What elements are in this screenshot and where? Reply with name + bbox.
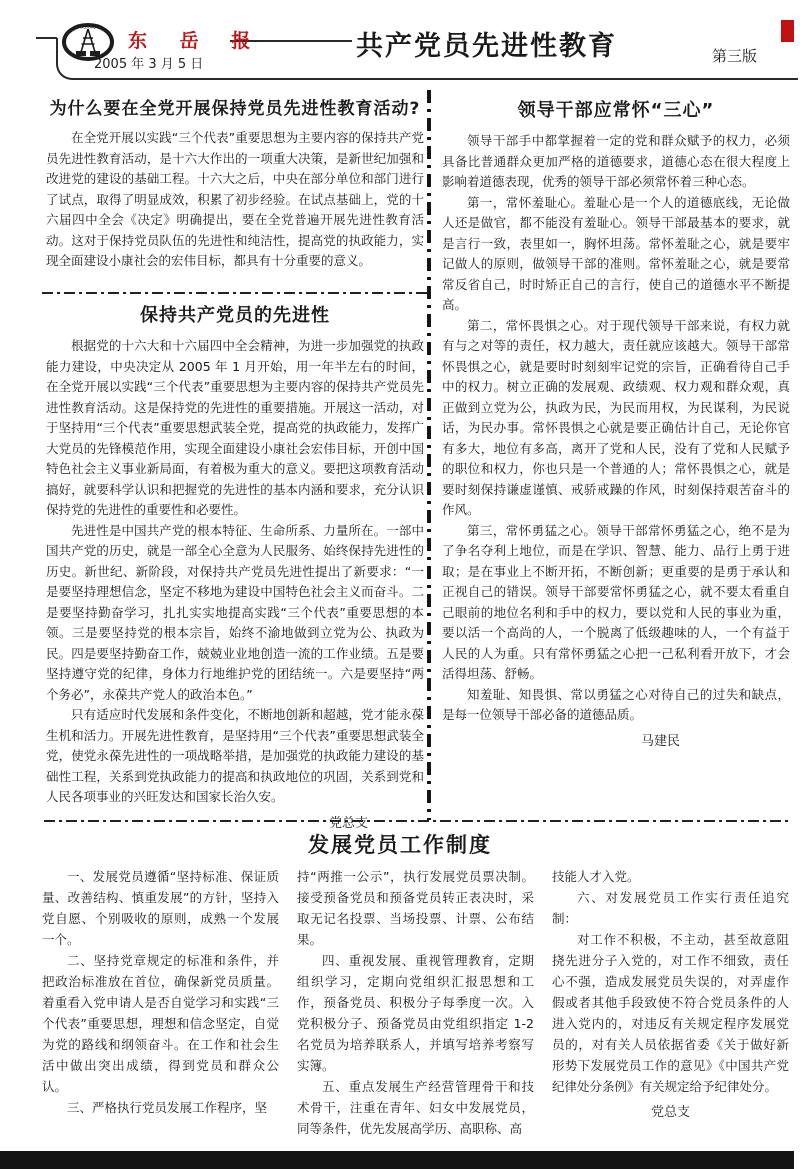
article-three-hearts-signature: 马建民: [442, 730, 790, 749]
red-corner-mark: [781, 20, 794, 42]
header-rule-stub: [36, 37, 57, 39]
article-keep-paragraph: 根据党的十六大和十六届四中全会精神，为进一步加强党的执政能力建设，中央决定从 2…: [46, 336, 424, 521]
development-paragraph: 六、对发展党员工作实行责任追究制：: [552, 887, 789, 929]
article-keep-paragraph: 先进性是中国共产党的根本特征、生命所系、力量所在。一部中国共产党的历史，就是一部…: [46, 521, 424, 706]
article-why-paragraph: 在全党开展以实践“三个代表”重要思想为主要内容的保持共产党员先进性教育活动，是十…: [46, 128, 424, 272]
page-bottom-edge-bar: [0, 1151, 794, 1169]
article-keep-signature: 党总支: [46, 812, 424, 831]
svg-text:GUANG: GUANG: [80, 25, 97, 31]
article-keep-title: 保持共产党员的先进性: [46, 301, 424, 327]
article-why: 为什么要在全党开展保持党员先进性教育活动? 在全党开展以实践“三个代表”重要思想…: [46, 94, 424, 272]
development-paragraph: 技能人才入党。: [552, 866, 789, 887]
development-paragraph: 持“两推一公示”，执行发展党员票决制。接受预备党员和预备党员转正表决时，采取无记…: [297, 866, 534, 950]
masthead: GUANG 东 岳 报 2005 年 3 月 5 日 共产党员先进性教育 第三版: [0, 0, 800, 88]
development-paragraph: 二、坚持党章规定的标准和条件，并把政治标准放在首位，确保新党员质量。着重看入党申…: [42, 950, 279, 1097]
article-keep: 保持共产党员的先进性 根据党的十六大和十六届四中全会精神，为进一步加强党的执政能…: [46, 301, 424, 831]
article-development-columns: 一、发展党员遵循“坚持标准、保证质量、改善结构、慎重发展”的方针，坚持入党自愿、…: [42, 866, 790, 1139]
article-three-hearts-title: 领导干部应常怀“三心”: [442, 96, 790, 122]
article-divider-left: [42, 292, 428, 294]
paper-name: 东 岳 报: [128, 26, 263, 53]
development-column-2: 持“两推一公示”，执行发展党员票决制。接受预备党员和预备党员转正表决时，采取无记…: [297, 866, 534, 1139]
article-three-hearts-paragraph: 第三，常怀勇猛之心。领导干部常怀勇猛之心，绝不是为了争名夺利上地位，而是在学识、…: [442, 521, 790, 685]
newspaper-page: GUANG 东 岳 报 2005 年 3 月 5 日 共产党员先进性教育 第三版…: [0, 0, 800, 1169]
article-three-hearts-paragraph: 第二，常怀畏惧之心。对于现代领导干部来说，有权力就有与之对等的责任，权力越大，责…: [442, 316, 790, 521]
article-development-title: 发展党员工作制度: [0, 829, 800, 859]
article-keep-paragraph: 只有适应时代发展和条件变化，不断地创新和超越，党才能永葆生机和活力。开展先进性教…: [46, 705, 424, 808]
article-three-hearts-paragraph: 第一，常怀羞耻心。羞耻心是一个人的道德底线，无论做人还是做官，都不能没有羞耻心。…: [442, 193, 790, 316]
development-paragraph: 四、重视发展、重视管理教育，定期组织学习，定期向党组织汇报思想和工作，预备党员、…: [297, 950, 534, 1076]
development-paragraph: 五、重点发展生产经营管理骨干和技术骨干，注重在青年、妇女中发展党员，同等条件，优…: [297, 1076, 534, 1139]
development-paragraph: 一、发展党员遵循“坚持标准、保证质量、改善结构、慎重发展”的方针，坚持入党自愿、…: [42, 866, 279, 950]
edition-title: 共产党员先进性教育: [356, 24, 617, 63]
article-three-hearts-paragraph: 知羞耻、知畏惧、常以勇猛之心对待自己的过失和缺点，是每一位领导干部必备的道德品质…: [442, 685, 790, 726]
page-number-label: 第三版: [712, 45, 757, 66]
article-why-title: 为什么要在全党开展保持党员先进性教育活动?: [46, 94, 424, 119]
development-column-3: 技能人才入党。 六、对发展党员工作实行责任追究制： 对工作不积极，不主动，甚至故…: [552, 866, 789, 1139]
article-three-hearts-paragraph: 领导干部手中都掌握着一定的党和群众赋予的权力，必须具备比普通群众更加严格的道德要…: [442, 131, 790, 193]
paper-date: 2005 年 3 月 5 日: [94, 53, 203, 72]
development-column-1: 一、发展党员遵循“坚持标准、保证质量、改善结构、慎重发展”的方针，坚持入党自愿、…: [42, 866, 279, 1139]
article-development-signature: 党总支: [552, 1101, 789, 1120]
development-paragraph: 三、严格执行党员发展工作程序，坚: [42, 1097, 279, 1118]
article-three-hearts: 领导干部应常怀“三心” 领导干部手中都掌握着一定的党和群众赋予的权力，必须具备比…: [442, 96, 790, 749]
column-divider-vertical: [427, 90, 431, 820]
development-paragraph: 对工作不积极，不主动，甚至故意阻挠先进分子入党的，对工作不细致，责任心不强，造成…: [552, 929, 789, 1097]
